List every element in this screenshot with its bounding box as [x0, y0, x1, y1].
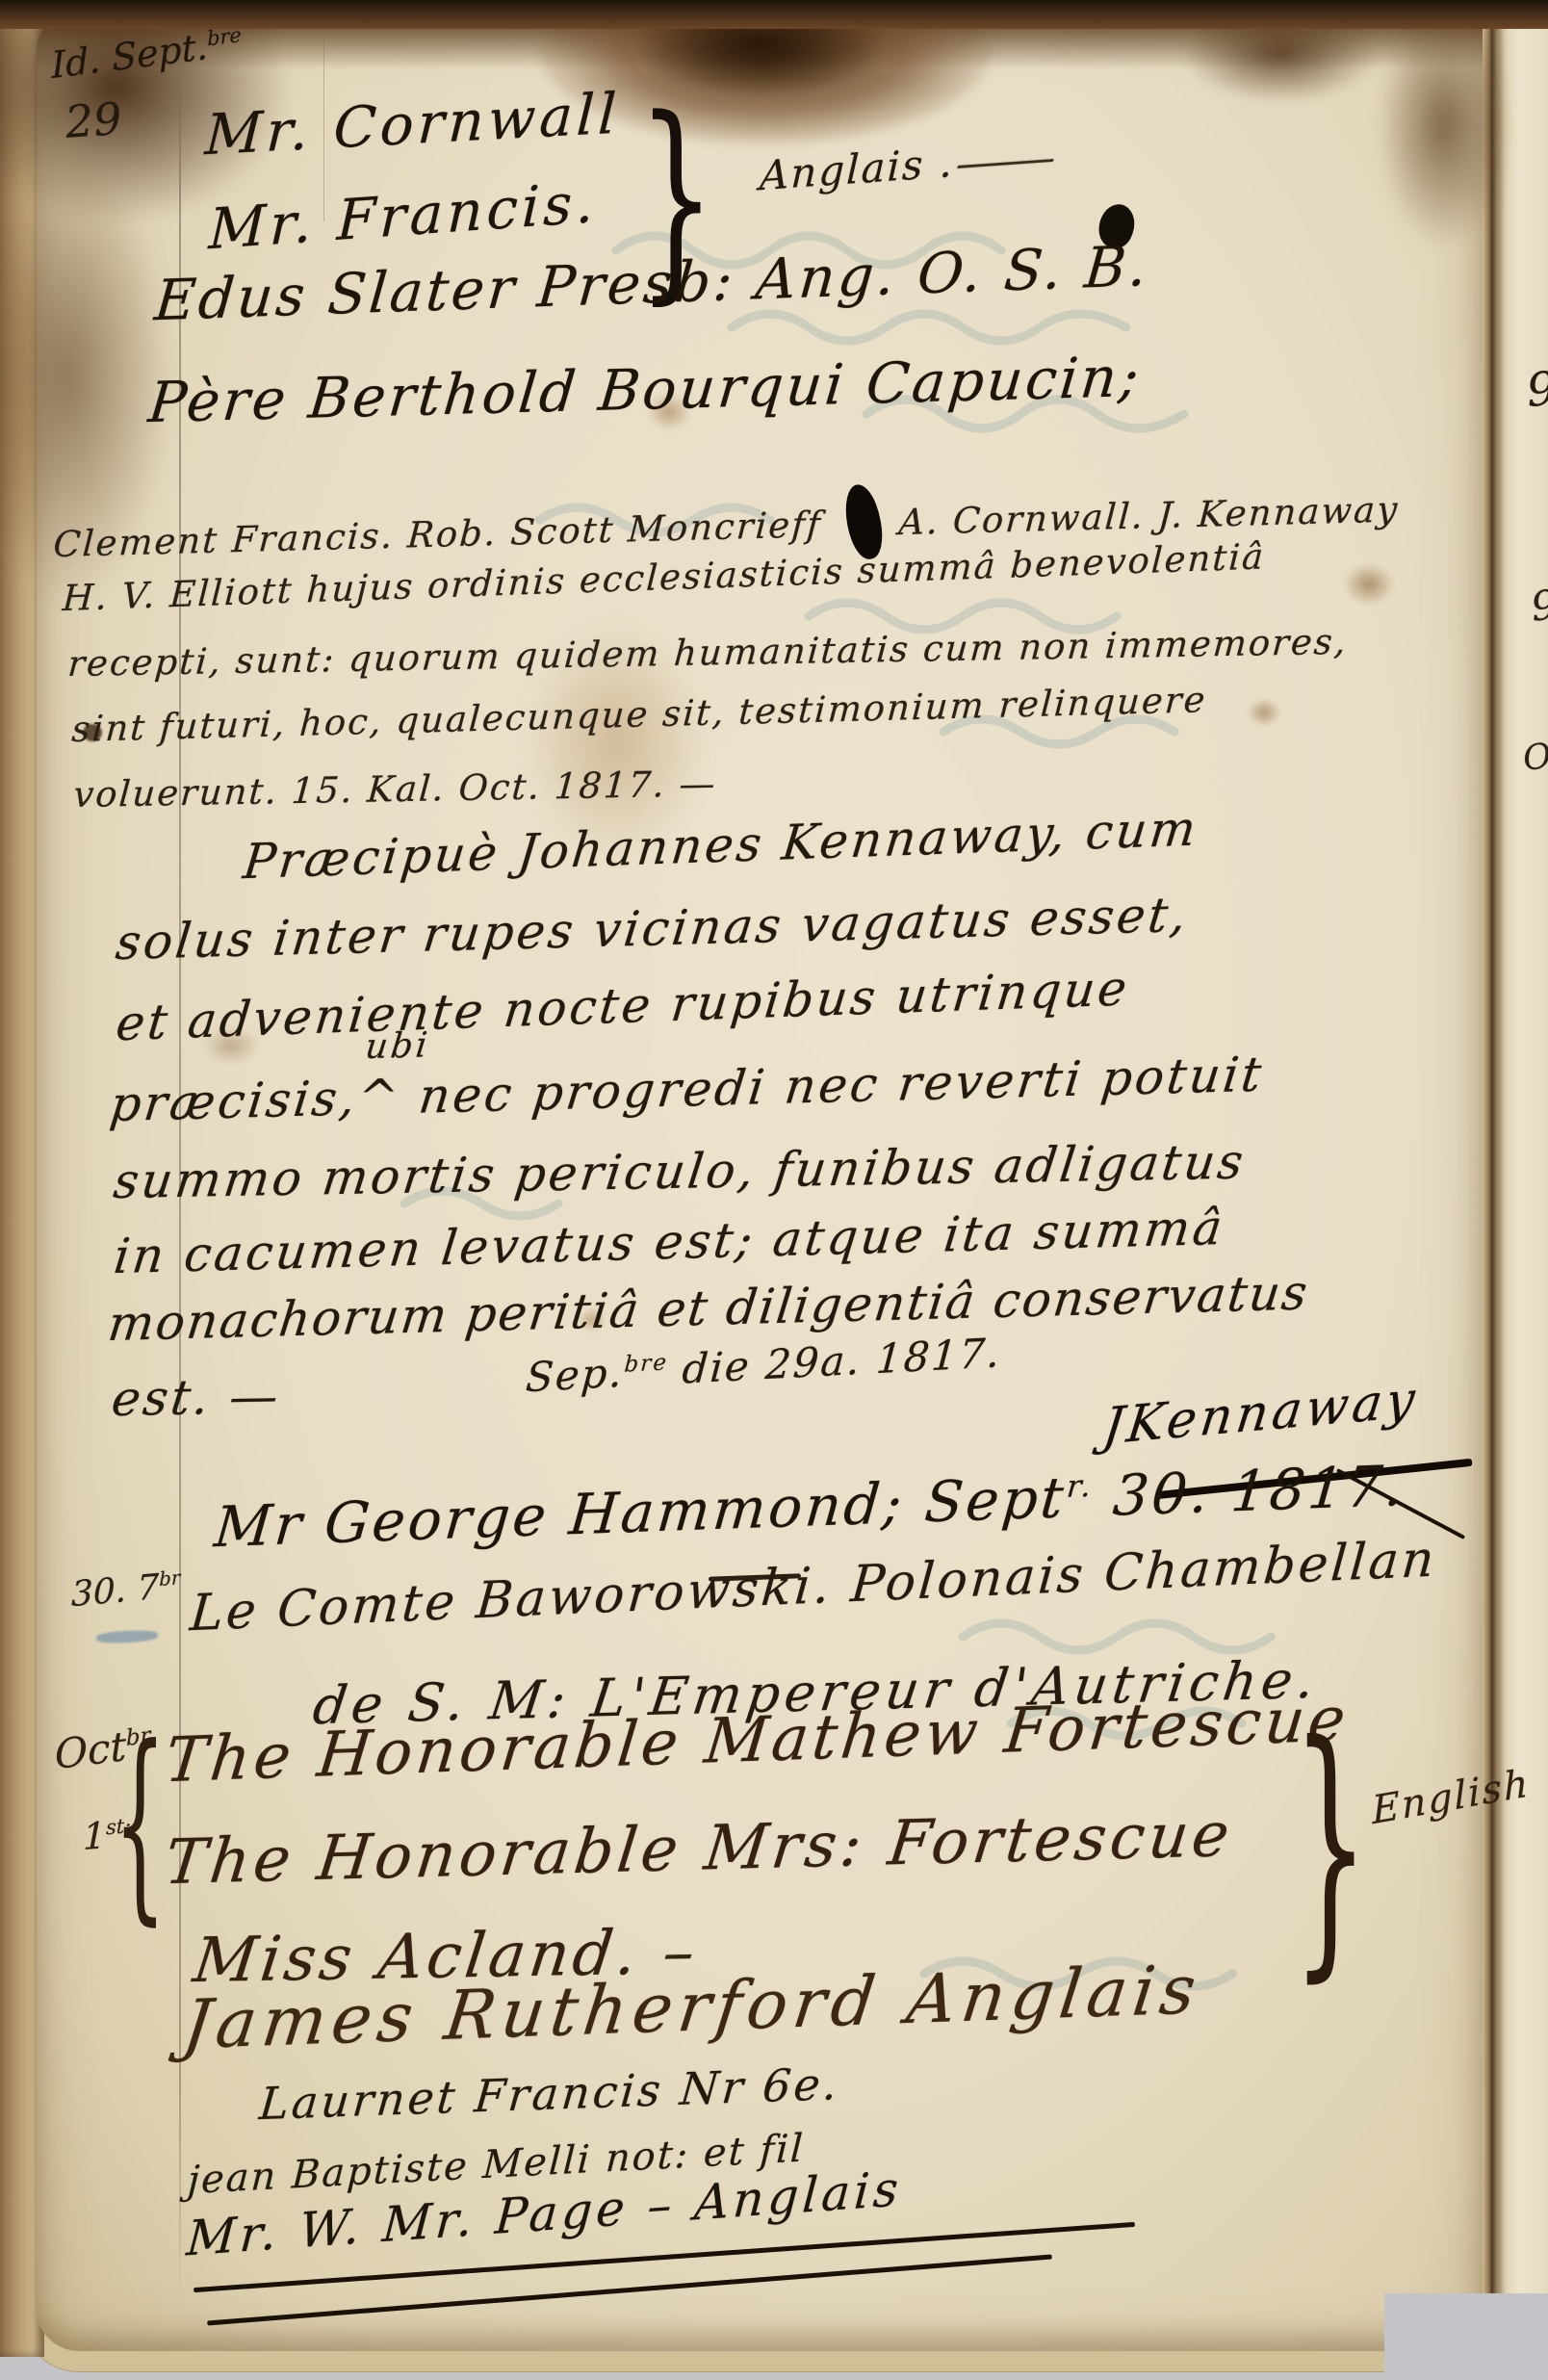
- group-brace-english: }: [1292, 1687, 1369, 2005]
- next-page-partial-word: Oc: [1521, 735, 1548, 779]
- margin-brace-left: {: [114, 1704, 167, 1945]
- margin-day-29: 29: [64, 92, 123, 148]
- flourish-dash: —: [951, 133, 1059, 187]
- insertion-mark: ubi^: [354, 1069, 404, 1125]
- book-cover-top-edge: [0, 0, 1548, 29]
- passage-line-8: est. —: [109, 1368, 284, 1427]
- inserted-word: ubi: [363, 1025, 431, 1067]
- register-page-scan: Id. Sept.bre 29 Mr. Cornwall Mr. Francis…: [0, 0, 1548, 2380]
- next-page-number: 9: [1525, 362, 1548, 418]
